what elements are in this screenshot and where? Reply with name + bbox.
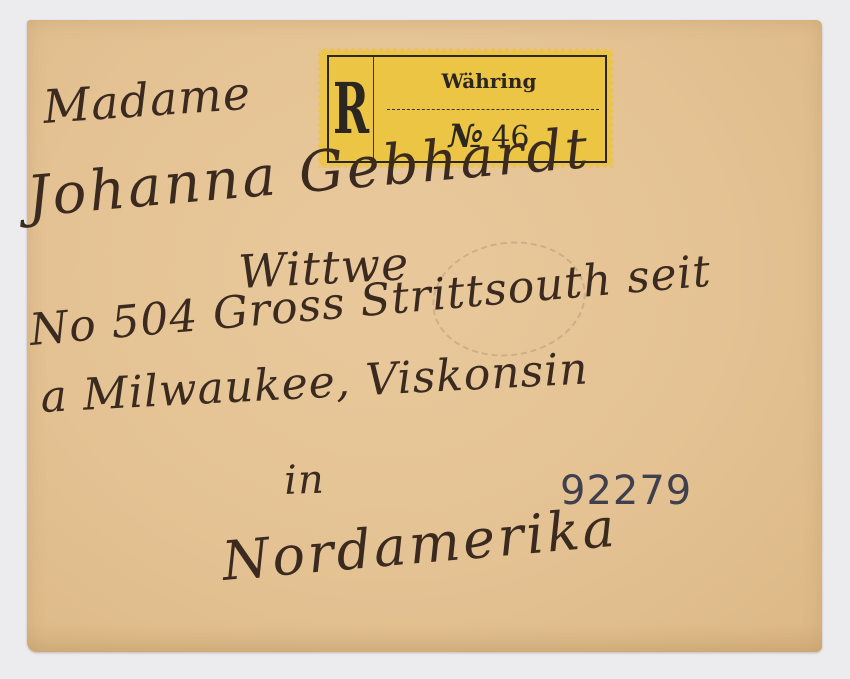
address-in: in xyxy=(283,457,325,504)
registration-letter: R xyxy=(333,74,369,144)
registration-town: Währing xyxy=(373,69,605,93)
stamped-number: 92279 xyxy=(560,468,692,514)
registration-label-divider xyxy=(387,109,599,110)
